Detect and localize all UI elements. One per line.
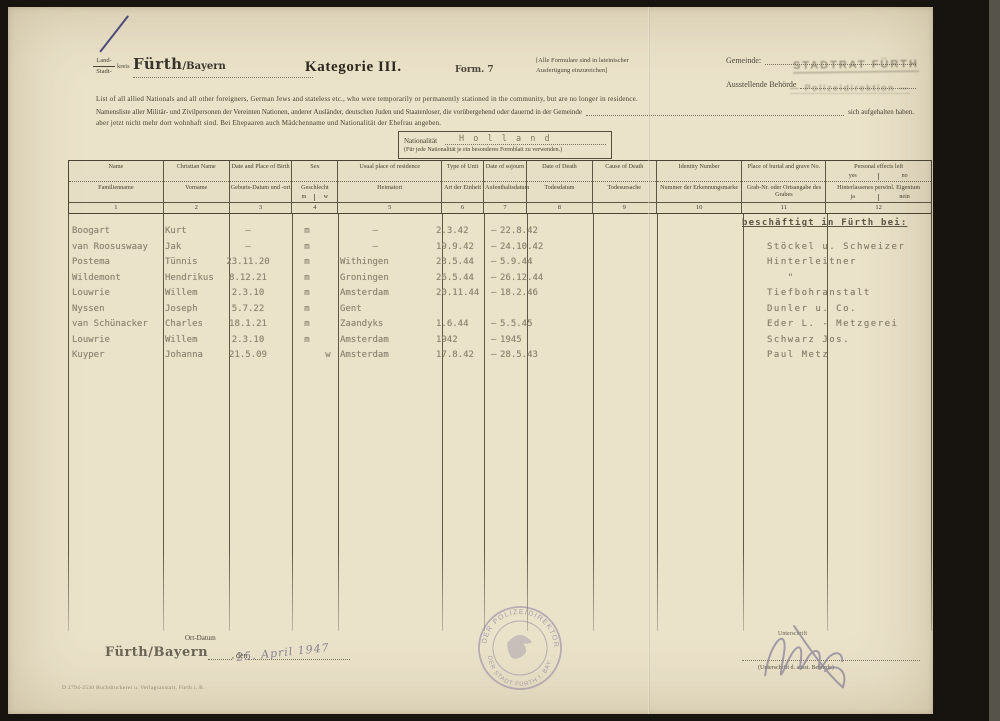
- col-header-de: Todesursache: [593, 182, 656, 203]
- scanner-edge: [989, 0, 1000, 721]
- cell-vorname: Willem: [165, 335, 198, 345]
- cell-sojourn-dash: –: [491, 335, 496, 345]
- intro-german-text: Namensliste aller Militär- und Zivilpers…: [96, 108, 582, 116]
- region-stamp: Fürth/Bayern: [133, 54, 226, 73]
- behoerde-label: Ausstellende Behörde: [726, 80, 796, 89]
- cell-sex-m: m: [296, 273, 318, 283]
- cell-sojourn-from: 1.6.44: [436, 319, 469, 329]
- intro-german-tail: sich aufgehalten haben.: [848, 108, 914, 116]
- cell-sex-m: m: [296, 257, 318, 267]
- col-sojourn: Date of sojourn Aufenthaltsdatum 7: [484, 161, 527, 213]
- cell-sojourn-to: 26.12.44: [500, 273, 543, 283]
- cell-birth: 2.3.10: [218, 335, 278, 345]
- cell-sojourn-from: 26.5.44: [436, 273, 474, 283]
- cell-birth: 18.1.21: [218, 319, 278, 329]
- cell-sojourn-dash: –: [491, 319, 496, 329]
- cell-sex-m: m: [296, 304, 318, 314]
- cell-birth: –: [218, 226, 278, 236]
- col-number: 12: [826, 203, 931, 213]
- col-number: 8: [527, 203, 592, 213]
- cell-sojourn-dash: –: [491, 273, 496, 283]
- col-identity: Identity Number Nummer der Erkennungsmar…: [657, 161, 743, 213]
- col-header-en: Personal effects left yes no: [826, 161, 931, 182]
- col-header-de: Heimatort: [338, 182, 441, 203]
- cell-name: van Roosuswaay: [72, 242, 148, 252]
- scanned-document: Land- Stadt- kreis Fürth/Bayern Kategori…: [0, 0, 1000, 721]
- cell-birth: –: [218, 242, 278, 252]
- cell-sojourn-to: 1945: [500, 335, 522, 345]
- cell-employer: Tiefbohranstalt: [767, 288, 871, 298]
- bracket-note-line1: [Alle Formulare sind in lateinischer: [536, 56, 629, 66]
- cell-sex-m: m: [296, 288, 318, 298]
- place-stamp: Fürth/Bayern: [105, 645, 208, 660]
- cell-vorname: Johanna: [165, 350, 203, 360]
- col-effects: Personal effects left yes no Hinterlasse…: [826, 161, 931, 213]
- col-header-de: Grab-Nr. oder Ortsangabe des Grabes: [742, 182, 825, 203]
- table-row: Wildemont Hendrikus 8.12.21 m Groningen …: [68, 273, 932, 287]
- col-number: 11: [742, 203, 825, 213]
- cell-sex-m: m: [296, 319, 318, 329]
- col-name: Name Familienname 1: [69, 161, 164, 213]
- intro-german-line2: aber jetzt nicht mehr dort wohnhaft sind…: [96, 119, 441, 127]
- cell-residence: Groningen: [340, 273, 389, 283]
- cell-employer: Dunler u. Co.: [767, 304, 857, 314]
- cell-sojourn-dash: –: [491, 242, 496, 252]
- cell-birth: 8.12.21: [218, 273, 278, 283]
- effects-ja-label: ja: [827, 194, 879, 201]
- col-header-de: Vorname: [164, 182, 229, 203]
- col-number: 7: [484, 203, 526, 213]
- cell-sojourn-dash: –: [491, 226, 496, 236]
- table-body: beschäftigt in Fürth bei: Boogart Kurt –…: [68, 214, 932, 631]
- col-header-en: Sex: [292, 161, 337, 182]
- col-header-en: Usual place of residence: [338, 161, 441, 182]
- stadt-label: Stadt-: [96, 68, 112, 76]
- cell-residence: –: [340, 226, 378, 236]
- dotted-line: [208, 651, 232, 660]
- fraction-bar: [93, 66, 115, 67]
- col-header-de: Geburts-Datum und -ort: [230, 182, 292, 203]
- col-number: 4: [292, 203, 337, 213]
- table-row: Kuyper Johanna 21.5.09 w Amsterdam 17.8.…: [68, 350, 932, 364]
- col-header-en: Identity Number: [657, 161, 742, 182]
- table-row: Postema Tünnis 23.11.20 m Withingen 23.5…: [68, 257, 932, 271]
- cell-employer: Paul Metz: [767, 350, 829, 360]
- table-row: Nyssen Joseph 5.7.22 m Gent Dunler u. Co…: [68, 304, 932, 318]
- col-header-de: Geschlecht m w: [292, 182, 337, 203]
- cell-sojourn-dash: –: [491, 350, 496, 360]
- paper-fold-crease: [648, 7, 650, 714]
- cell-name: Postema: [72, 257, 110, 267]
- cell-sex-w: w: [318, 350, 338, 360]
- cell-name: van Schünacker: [72, 319, 148, 329]
- cell-birth: 2.3.10: [218, 288, 278, 298]
- gemeinde-label: Gemeinde:: [726, 56, 761, 65]
- cell-vorname: Joseph: [165, 304, 198, 314]
- cell-vorname: Charles: [165, 319, 203, 329]
- col-unit: Type of Unit Art der Einheit 6: [442, 161, 484, 213]
- cell-vorname: Hendrikus: [165, 273, 214, 283]
- cell-employer: Stöckel u. Schweizer: [767, 242, 905, 252]
- cell-employer: Hinterleitner: [767, 257, 857, 267]
- cell-sojourn-to: 24.10.42: [500, 242, 543, 252]
- nationality-label: Nationalität: [404, 137, 437, 145]
- col-death-date: Date of Death Todesdatum 8: [527, 161, 593, 213]
- cell-sex-m: m: [296, 335, 318, 345]
- cell-residence: Amsterdam: [340, 350, 389, 360]
- col-header-en: Type of Unit: [442, 161, 483, 182]
- col-header-de: Aufenthaltsdatum: [484, 182, 526, 203]
- bracket-note: [Alle Formulare sind in lateinischer Aus…: [536, 56, 629, 76]
- cell-sojourn-from: 20.11.44: [436, 288, 479, 298]
- col-residence: Usual place of residence Heimatort 5: [338, 161, 442, 213]
- cell-residence: –: [340, 242, 378, 252]
- col-header-de: Familienname: [69, 182, 163, 203]
- cell-name: Wildemont: [72, 273, 121, 283]
- col-birth: Date and Place of Birth Geburts-Datum un…: [230, 161, 293, 213]
- nationality-line: Nationalität H o l l a n d: [404, 134, 606, 145]
- kreis-fraction: Land- Stadt-: [93, 57, 115, 76]
- nationality-note: (Für jede Nationalität je ein besonderes…: [404, 147, 606, 153]
- page-title: Kategorie III.: [305, 59, 402, 76]
- handwritten-signature: [745, 607, 905, 697]
- cell-name: Louwrie: [72, 335, 110, 345]
- kreis-label: kreis: [117, 63, 130, 70]
- table-row: van Roosuswaay Jak – m – 19.9.42 – 24.10…: [68, 242, 932, 256]
- col-header-en: Date and Place of Birth: [230, 161, 292, 182]
- cell-employer: Schwarz Jos.: [767, 335, 850, 345]
- sex-w-label: w: [315, 194, 336, 201]
- effects-no-label: no: [879, 173, 930, 180]
- ort-datum-label: Ort-Datum: [185, 634, 216, 642]
- cell-sojourn-to: 22.8.42: [500, 226, 538, 236]
- col-header-de: Art der Einheit: [442, 182, 483, 203]
- cell-sojourn-to: 28.5.43: [500, 350, 538, 360]
- cell-residence: Withingen: [340, 257, 389, 267]
- stamp-eagle-emblem: [507, 635, 532, 659]
- cell-sojourn-from: 19.9.42: [436, 242, 474, 252]
- nationality-box: Nationalität H o l l a n d (Für jede Nat…: [398, 131, 612, 159]
- cell-residence: Zaandyks: [340, 319, 383, 329]
- cell-residence: Amsterdam: [340, 335, 389, 345]
- cell-vorname: Jak: [165, 242, 181, 252]
- col-number: 10: [657, 203, 742, 213]
- col-number: 3: [230, 203, 292, 213]
- dotted-line: [586, 107, 844, 116]
- cell-sojourn-to: 18.2.46: [500, 288, 538, 298]
- cell-employer: Eder L. - Metzgerei: [767, 319, 898, 329]
- cell-residence: Amsterdam: [340, 288, 389, 298]
- cell-name: Boogart: [72, 226, 110, 236]
- col-header-en: Christian Name: [164, 161, 229, 182]
- col-header-en: Cause of Death: [593, 161, 656, 182]
- cell-sojourn-to: 5.9.44: [500, 257, 533, 267]
- col-christian-name: Christian Name Vorname 2: [164, 161, 230, 213]
- cell-sojourn-dash: –: [491, 257, 496, 267]
- cell-sex-m: m: [296, 226, 318, 236]
- col-number: 6: [442, 203, 483, 213]
- land-label: Land-: [96, 57, 112, 65]
- cell-birth: 5.7.22: [218, 304, 278, 314]
- intro-german-line1: Namensliste aller Militär- und Zivilpers…: [96, 107, 914, 116]
- cell-vorname: Tünnis: [165, 257, 198, 267]
- col-header-en: Name: [69, 161, 163, 182]
- col-sex: Sex Geschlecht m w 4: [292, 161, 338, 213]
- cell-sojourn-from: 23.5.44: [436, 257, 474, 267]
- col-header-de: Todesdatum: [527, 182, 592, 203]
- cell-employer: ": [767, 273, 795, 283]
- stadtrat-stamp: STADTRAT FÜRTH: [793, 58, 919, 74]
- cell-sex-m: m: [296, 242, 318, 252]
- pen-mark: [99, 15, 129, 52]
- cell-sojourn-from: 2.3.42: [436, 226, 469, 236]
- kreis-label-block: Land- Stadt- kreis: [93, 57, 130, 76]
- form-number: Form. 7: [455, 65, 494, 75]
- sex-m-label: m: [293, 194, 315, 201]
- cell-vorname: Kurt: [165, 226, 187, 236]
- bracket-note-line2: Ausfertigung einzureichen]: [536, 66, 629, 76]
- effects-label-de: Hinterlassenes persönl. Eigentum: [827, 184, 930, 191]
- col-header-en: Date of sojourn: [484, 161, 526, 182]
- cell-residence: Gent: [340, 304, 362, 314]
- effects-subrow-en: yes no: [827, 171, 930, 180]
- record-table: Name Familienname 1 Christian Name Vorna…: [68, 160, 932, 631]
- col-number: 1: [69, 203, 163, 213]
- col-number: 9: [593, 203, 656, 213]
- cell-vorname: Willem: [165, 288, 198, 298]
- region-suffix: /Bayern: [183, 61, 226, 72]
- cell-sojourn-dash: –: [491, 288, 496, 298]
- cell-name: Nyssen: [72, 304, 105, 314]
- col-header-de: Nummer der Erkennungsmarke: [657, 182, 742, 203]
- effects-yes-label: yes: [827, 173, 879, 180]
- table-row: Boogart Kurt – m – 2.3.42 – 22.8.42: [68, 226, 932, 240]
- nationality-value: H o l l a n d: [445, 134, 606, 145]
- cell-sojourn-from: 1942: [436, 335, 458, 345]
- cell-sojourn-from: 17.8.42: [436, 350, 474, 360]
- table-row: Louwrie Willem 2.3.10 m Amsterdam 20.11.…: [68, 288, 932, 302]
- table-header: Name Familienname 1 Christian Name Vorna…: [68, 160, 932, 214]
- table-row: van Schünacker Charles 18.1.21 m Zaandyk…: [68, 319, 932, 333]
- paper-sheet: Land- Stadt- kreis Fürth/Bayern Kategori…: [8, 7, 933, 714]
- effects-subrow-de: ja nein: [827, 192, 930, 201]
- effects-nein-label: nein: [879, 194, 930, 201]
- col-header-de: Hinterlassenes persönl. Eigentum ja nein: [826, 182, 931, 203]
- col-number: 5: [338, 203, 441, 213]
- printer-imprint: D 2794-2530 Buchdruckerei u. Verlagsanst…: [62, 685, 205, 691]
- cell-name: Louwrie: [72, 288, 110, 298]
- col-header-en: Place of burial and grave No.: [742, 161, 825, 182]
- sex-subrow: m w: [293, 192, 336, 201]
- col-burial: Place of burial and grave No. Grab-Nr. o…: [742, 161, 826, 213]
- cell-birth: 23.11.20: [218, 257, 278, 267]
- col-header-en: Date of Death: [527, 161, 592, 182]
- effects-label-en: Personal effects left: [827, 163, 930, 170]
- cell-sojourn-to: 5.5.45: [500, 319, 533, 329]
- col-number: 2: [164, 203, 229, 213]
- police-round-stamp: DER POLIZEIDIREKTOR DER STADT FÜRTH I. B…: [450, 598, 590, 702]
- cell-name: Kuyper: [72, 350, 105, 360]
- intro-english: List of all allied Nationals and all oth…: [96, 95, 638, 103]
- cell-birth: 21.5.09: [218, 350, 278, 360]
- region-name: Fürth: [133, 55, 183, 73]
- sex-label: Geschlecht: [293, 184, 336, 191]
- table-row: Louwrie Willem 2.3.10 m Amsterdam 1942 –…: [68, 335, 932, 349]
- dotted-line: [133, 77, 313, 78]
- polizei-stamp: — Polizeidirektion —: [790, 83, 910, 94]
